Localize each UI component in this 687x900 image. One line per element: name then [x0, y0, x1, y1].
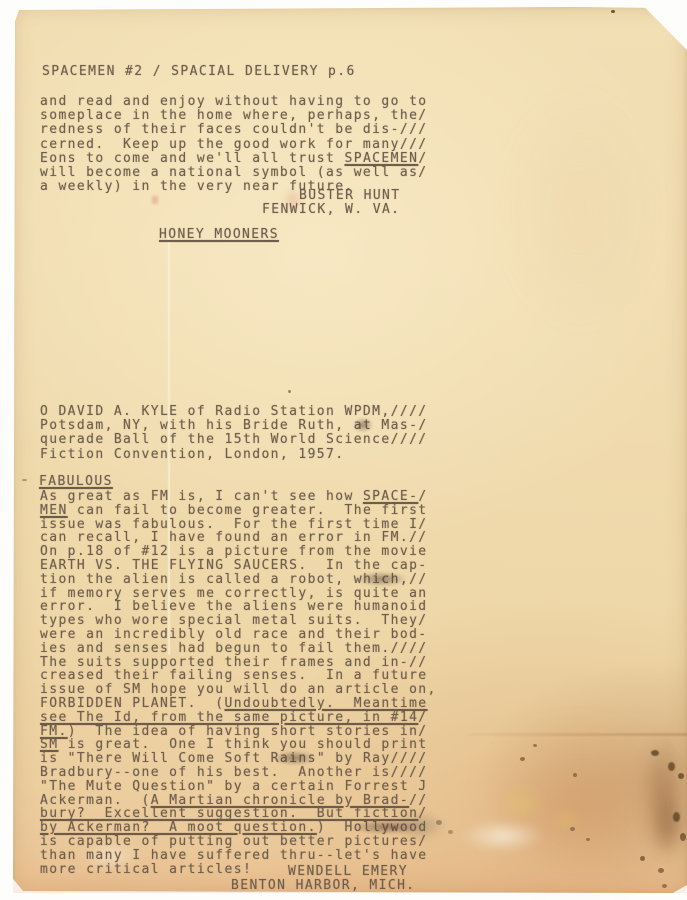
- text-segment: WENDELL EMERY: [288, 864, 408, 879]
- text-segment: types who wore special metal suits. They…: [40, 613, 428, 628]
- block-heading-fabulous: FABULOUS: [39, 474, 113, 489]
- block-sig1-place: FENWICK, W. VA.: [262, 202, 400, 217]
- text-line: "The Mute Question" by a certain Forrest…: [40, 780, 437, 794]
- block-photo-caption: O DAVID A. KYLE of Radio Station WPDM,//…: [40, 405, 428, 462]
- block-letter1: and read and enjoy without having to go …: [40, 95, 428, 194]
- scanned-fanzine-page: SPACEMEN #2 / SPACIAL DELIVERY p.6and re…: [0, 0, 687, 900]
- smudged-text: Hollywood: [345, 820, 428, 835]
- text-line: is "There Will Come Soft Rains" by Ray//…: [40, 752, 437, 766]
- text-segment: can fail to become greater. The first: [68, 503, 428, 518]
- text-line: BENTON HARBOR, MICH.: [231, 878, 416, 893]
- text-segment: cerned. Keep up the good work for many//…: [40, 137, 428, 152]
- text-line: were an incredibly old race and their bo…: [40, 628, 437, 642]
- text-line: cerned. Keep up the good work for many//…: [40, 138, 428, 152]
- underlined-text: by Ackerman? A moot question.: [40, 820, 317, 835]
- text-line: Fiction Convention, London, 1957.: [40, 448, 428, 462]
- text-line: by Ackerman? A moot question.) Hollywood: [40, 821, 437, 835]
- text-segment: redness of their faces couldn't be dis-/…: [40, 122, 428, 137]
- text-line: MEN can fail to become greater. The firs…: [40, 504, 437, 518]
- text-segment: is "There Will Come Soft: [40, 751, 271, 766]
- text-line: see The Id, from the same picture, in #1…: [40, 711, 437, 725]
- text-line: BUSTER HUNT: [299, 188, 401, 203]
- text-segment: issue of SM hope you will do an article …: [40, 682, 437, 697]
- text-segment: SPACEMEN #2 / SPACIAL DELIVERY p.6: [42, 64, 356, 79]
- text-segment: Eons to come and we'll all trust: [40, 151, 344, 166]
- text-line: ies and senses had begun to fail them.//…: [40, 642, 437, 656]
- underlined-text: MEN: [40, 503, 68, 518]
- text-segment: /: [418, 710, 427, 725]
- text-line: On p.18 of #12 is a picture from the mov…: [40, 545, 437, 559]
- underlined-text: SPACEMEN: [344, 151, 418, 166]
- text-segment: and read and enjoy without having to go …: [40, 94, 428, 109]
- smudged-text: Rains: [271, 751, 317, 766]
- text-segment: Mas-/: [372, 418, 427, 433]
- underlined-text: FABULOUS: [39, 474, 113, 489]
- text-segment: "The Mute Question" by a certain Forrest…: [40, 779, 428, 794]
- text-segment: someplace in the home where, perhaps, th…: [40, 108, 428, 123]
- block-sig2-place: BENTON HARBOR, MICH.: [231, 878, 416, 893]
- text-segment: BUSTER HUNT: [299, 188, 401, 203]
- text-line: tion the alien is called a robot, which,…: [40, 573, 437, 587]
- text-segment: Fiction Convention, London, 1957.: [40, 447, 344, 462]
- text-line: than many I have suffered thru--let's ha…: [40, 849, 437, 863]
- text-line: FENWICK, W. VA.: [262, 202, 400, 217]
- text-segment: will become a national symbol (as well a…: [40, 165, 428, 180]
- text-segment: were an incredibly old race and their bo…: [40, 627, 428, 642]
- text-line: Bradbury--one of his best. Another is///…: [40, 766, 437, 780]
- smudged-text: at: [354, 418, 372, 433]
- text-segment: than many I have suffered thru--let's ha…: [40, 848, 428, 863]
- text-segment: querade Ball of the 15th World Science//…: [40, 432, 428, 447]
- text-line: HONEY MOONERS: [159, 227, 279, 242]
- text-segment: On p.18 of #12 is a picture from the mov…: [40, 544, 428, 559]
- text-segment: " by Ray////: [317, 751, 428, 766]
- text-segment: ies and senses had begun to fail them.//…: [40, 641, 428, 656]
- text-line: querade Ball of the 15th World Science//…: [40, 433, 428, 447]
- text-line: issue of SM hope you will do an article …: [40, 683, 437, 697]
- underlined-text: HONEY MOONERS: [159, 227, 279, 242]
- text-segment: BENTON HARBOR, MICH.: [231, 878, 416, 893]
- block-page-header: SPACEMEN #2 / SPACIAL DELIVERY p.6: [42, 64, 356, 79]
- text-segment: As great as FM is, I can't see how: [40, 489, 363, 504]
- text-segment: Potsdam, NY, with his Bride Ruth,: [40, 418, 354, 433]
- text-segment: Bradbury--one of his best. Another is///…: [40, 765, 428, 780]
- text-segment: /: [418, 489, 427, 504]
- block-sig1-name: BUSTER HUNT: [299, 188, 401, 203]
- text-segment: FENWICK, W. VA.: [262, 202, 400, 217]
- text-segment: more critical articles!: [40, 862, 252, 877]
- text-line: FORBIDDEN PLANET. (Undoubtedly. Meantime: [40, 697, 437, 711]
- text-line: Eons to come and we'll all trust SPACEME…: [40, 152, 428, 166]
- text-line: redness of their faces couldn't be dis-/…: [40, 123, 428, 137]
- text-layer: SPACEMEN #2 / SPACIAL DELIVERY p.6and re…: [0, 0, 687, 900]
- text-line: is capable of putting out better picture…: [40, 835, 437, 849]
- text-line: As great as FM is, I can't see how SPACE…: [40, 490, 437, 504]
- smudged-text: which,: [354, 572, 409, 587]
- text-segment: FORBIDDEN PLANET. (: [40, 696, 225, 711]
- text-line: FABULOUS: [39, 474, 113, 489]
- underlined-text: Undoubtedly. Meantime: [225, 696, 428, 711]
- text-line: SPACEMEN #2 / SPACIAL DELIVERY p.6: [42, 64, 356, 79]
- text-segment: tion the alien is called a robot,: [40, 572, 354, 587]
- text-segment: is capable of putting out better picture…: [40, 834, 428, 849]
- text-segment: /: [418, 151, 427, 166]
- block-letter2: As great as FM is, I can't see how SPACE…: [40, 490, 437, 876]
- text-segment: ): [317, 820, 345, 835]
- text-line: types who wore special metal suits. They…: [40, 614, 437, 628]
- block-sig2-name: WENDELL EMERY: [288, 864, 408, 879]
- underlined-text: see The Id, from the same picture, in #1…: [40, 710, 418, 725]
- underlined-text: SPACE-: [363, 489, 418, 504]
- block-heading-honey-mooners: HONEY MOONERS: [159, 227, 279, 242]
- text-line: WENDELL EMERY: [288, 864, 408, 879]
